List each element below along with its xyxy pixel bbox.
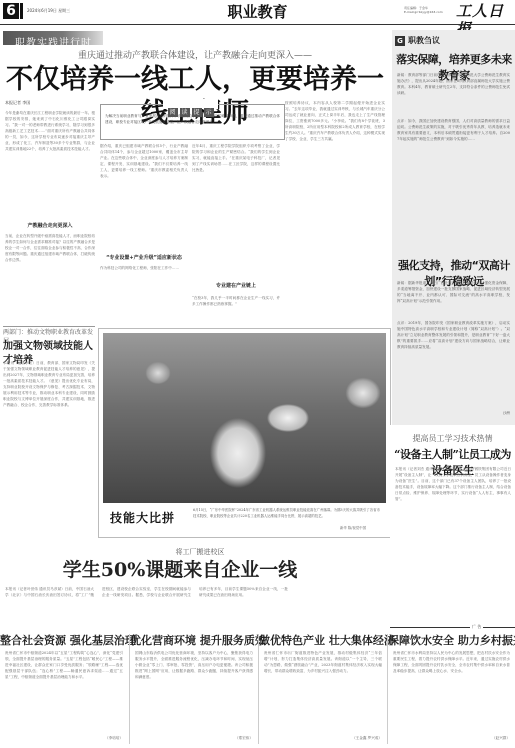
ad-text-4: 贵州省仁怀市水利局坚持以人民为中心的发展思想，把农村饮水安全作为重要民生工程，着…	[393, 650, 510, 734]
right-article3-kicker: 提高员工学习技术热情	[392, 433, 513, 445]
right-article2-author: 沙洲	[470, 410, 510, 416]
ad-title-4[interactable]: 保障饮水安全 助力乡村振兴	[388, 634, 515, 648]
reading-tip-char: 读	[180, 108, 190, 117]
ad-divider	[129, 634, 130, 744]
ad-title-1[interactable]: 整合社会资源 强化基层治理	[0, 634, 128, 648]
main-col1-text: 今年是谢均在重庆长江工程职业学院就读的最后一年。根据学校的安排，她来到了中石化川…	[5, 110, 95, 220]
ad-divider	[258, 634, 259, 744]
section-banner: 职教实践进行时	[3, 31, 103, 45]
ad-sign-3: （王金鑫 罗兴成）	[264, 735, 382, 741]
ad-rule	[390, 627, 515, 628]
ad-sign-1: （李培培）	[5, 735, 123, 741]
robot-competition-photo[interactable]	[103, 333, 386, 503]
main-col3-text-2: “在校3年，我几乎一半时间都在企业生产一线实习，许多工作操作都已熟练掌握。”	[192, 295, 280, 323]
photo-caption: 6月15日，“广东中华医院杯”2024年广东省工业机器人系统运维员职业技能竞赛在…	[193, 508, 383, 519]
ad-sign-2: （郑宏伟）	[135, 735, 253, 741]
right-article2-comment: 点评：2019年，国务院印发《国家职业教育改革实施方案》，启动实施中国特色高水平…	[397, 320, 510, 408]
banner-label: 职教实践进行时	[3, 38, 92, 49]
header-rule	[0, 24, 515, 25]
ad-label: 广 告	[470, 624, 483, 630]
main-subhead-2: “专业设置+产业升级”适应新状态	[100, 254, 188, 262]
right-article1-comment: 点评：如今，我国正加快建设教育强国，人们对高质量教师的需求日益迫切。公费师范生政…	[397, 118, 510, 248]
ad-text-1: 贵州省仁怀市中枢街道2024年以“五星”工程构筑“心连心”，深化“党建引领，全面…	[5, 650, 123, 734]
reading-tip-char: 提	[192, 108, 202, 117]
main-col4-text: 按照培养协议，本内容从人校第二学期起便开始进企业实习。“去年这项毕业，我就通过实…	[285, 100, 385, 325]
middle-story-text: 本报讯（记者叶世伟 通讯员马彦斌）日前，中国石油大学（北京）与中国石油长庆油田签…	[5, 586, 385, 622]
main-byline: 本报记者 李国	[5, 100, 30, 106]
right-article2-text: 新闻：据新华报道，近日广西壮族自治区的行动计划，强化资金保障，多渠道筹措资金，加…	[397, 280, 510, 318]
main-subhead-3: 专业建在产业链上	[192, 282, 280, 290]
reading-tip-label: 阅读提示	[163, 99, 218, 109]
left-story-rule	[3, 326, 95, 327]
ad-sign-4: （赵兴群）	[393, 735, 510, 741]
main-col2-text: 据介绍，重庆已组建市域产教联合体5个，行业产教融合共同体14个，参与企业超过10…	[100, 143, 188, 253]
middle-kicker: 将工厂搬进校区	[100, 547, 300, 557]
middle-headline[interactable]: 学生50%课题来自企业一线	[30, 557, 330, 583]
column-name: 职教刍议	[408, 35, 440, 47]
ad-title-2[interactable]: 优化营商环境 提升服务质效	[130, 634, 258, 648]
main-kicker: 重庆通过推动产教联合体建设，让产教融合走向更深入——	[60, 50, 330, 62]
main-col2-text-2: 作为科技公司的网络化工程师，张阳在工作中……	[100, 265, 188, 325]
photo-credit: 新华 陈/视觉中国	[340, 526, 366, 531]
reading-tip-char: 阅	[168, 108, 178, 117]
column-badge-icon: G	[395, 36, 405, 46]
right-article3-text: 本报讯（记者刘杰 通讯员陈阳 张新民）广西柳州钢铁集团有限公司近日开展“设备主人…	[395, 466, 511, 621]
main-subhead-1: 产教融合走向更深入	[5, 222, 95, 230]
editor-email: E-mail:grrbzyjy@163.com	[404, 10, 449, 14]
ad-divider	[387, 634, 388, 744]
right-article1-text: 新闻：教育部等部门日前印发《教育部直属师范大学公费师范生教育实施办法》，提出从2…	[397, 72, 510, 117]
main-col3-text: 近年4月，重庆工程学院学院组织专项考察了企业，学院的学习和企业的生产紧密结合。“…	[192, 143, 280, 263]
ad-text-3: 贵州省仁怀市坛厂街道推进特色产业发展，推动村级集体经济“三年倍增”计划，努力打造…	[264, 650, 382, 734]
ad-text-2: 国网山东临沂供电公司优化营商环境，坚持以客户为中心，聚焦获得电力服务水平提升，全…	[135, 650, 253, 734]
main-col1-text-2: 当前，企业在转型升级中亟需高技能人才，而职业院校培养的学生如何与企业需求精准对接…	[5, 233, 95, 283]
editor-info: 责任编辑：于金华 E-mail:grrbzyjy@163.com	[404, 6, 449, 14]
ad-title-3[interactable]: 做优特色产业 壮大集体经济	[259, 634, 387, 648]
left-story-text: 本报讯（记者李丕）日前，教育部、国家文物局印发《关于加强文物领域职业教育促进技能…	[3, 360, 95, 540]
reading-tip-char: 示	[204, 108, 214, 117]
photo-title: 技能大比拼	[110, 510, 175, 526]
